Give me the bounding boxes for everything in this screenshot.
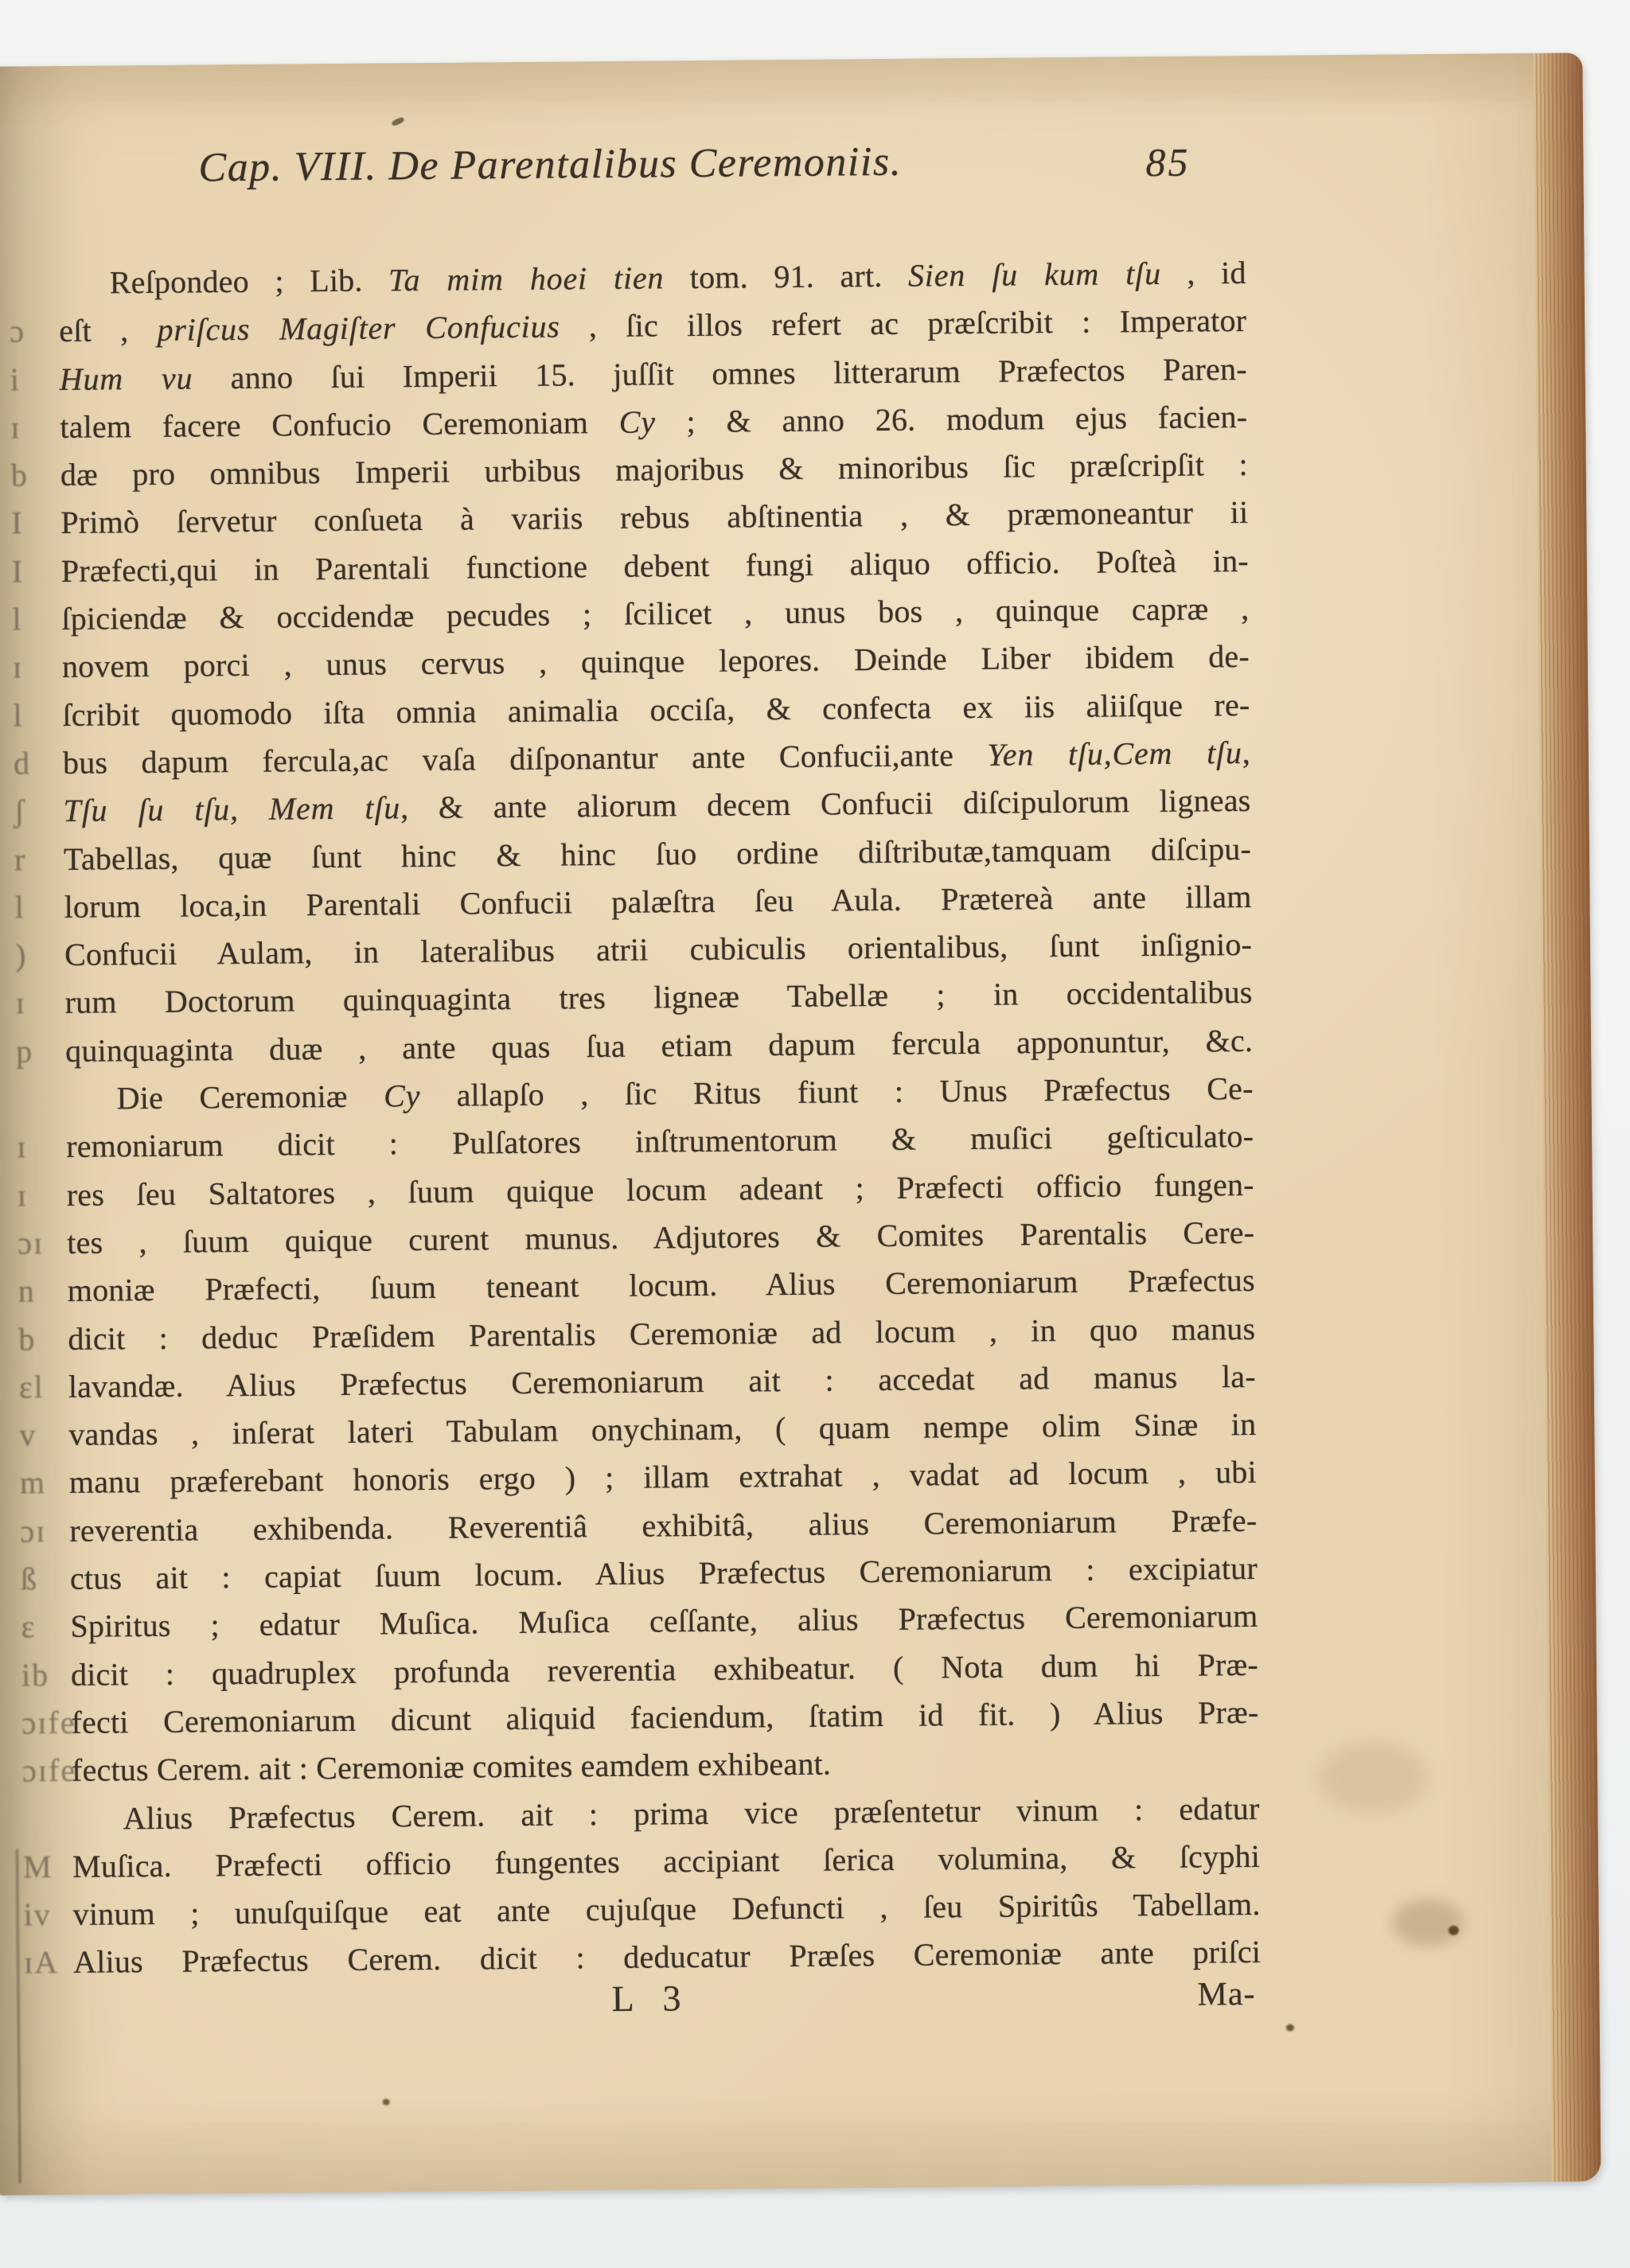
ghost-print-fragment: l: [14, 883, 71, 932]
ink-speck: [383, 2098, 390, 2105]
line-text: moniæ Præfecti, ſuum teneant locum. Aliu…: [68, 1262, 1255, 1308]
line-text: dæ pro omnibus Imperii urbibus majoribus…: [60, 446, 1248, 493]
ghost-print-fragment: ): [15, 931, 72, 980]
ghost-print-fragment: iv: [23, 1891, 80, 1939]
ghost-print-fragment: m: [20, 1459, 76, 1507]
line-text: Præfecti,qui in Parentali functione debe…: [61, 543, 1249, 589]
ghost-print-fragment: I: [12, 548, 68, 596]
ghost-print-fragment: v: [19, 1411, 76, 1459]
page-footer: L 3 Ma-: [73, 1972, 1261, 2038]
running-header: Cap. VIII. De Parentalibus Ceremoniis. 8…: [0, 132, 1584, 210]
ghost-print-fragment: ɪ: [15, 979, 72, 1027]
ink-speck: [391, 116, 404, 127]
line-text: reverentia exhibenda. Reverentiâ exhibit…: [69, 1502, 1257, 1549]
ghost-print-fragment: ɪ: [17, 1123, 73, 1171]
foxing-stain: [1317, 1741, 1429, 1814]
ghost-print-fragment: ɪA: [24, 1939, 80, 1987]
ghost-print-fragment: ß: [21, 1555, 77, 1604]
line-text: vinum ; unuſquiſque eat ante cujuſque De…: [72, 1886, 1260, 1932]
line-text: res ſeu Saltatores , ſuum quique locum a…: [67, 1167, 1254, 1213]
line-text: manu præferebant honoris ergo ) ; illam …: [69, 1454, 1257, 1500]
ghost-print-fragment: i: [10, 356, 67, 404]
chapter-heading: Cap. VIII. De Parentalibus Ceremoniis.: [198, 138, 902, 192]
ghost-print-fragment: ɔɪfe: [22, 1747, 79, 1795]
line-text: dicit : quadruplex profunda reverentia e…: [71, 1646, 1258, 1693]
line-text: Reſpondeo ; Lib. Ta mim hoei tien tom. 9…: [110, 255, 1246, 300]
line-text: dicit : deduc Præſidem Parentalis Ceremo…: [68, 1310, 1255, 1356]
ghost-print-fragment: ɔɪ: [20, 1507, 76, 1556]
line-text: lavandæ. Alius Præfectus Ceremoniarum ai…: [68, 1358, 1256, 1405]
ghost-print-fragment: n: [18, 1267, 75, 1315]
ghost-print-fragment: ɛl: [19, 1363, 76, 1412]
ghost-print-fragment: p: [16, 1027, 72, 1076]
ghost-print-fragment: d: [14, 739, 70, 788]
body-text: Reſpondeo ; Lib. Ta mim hoei tien tom. 9…: [58, 249, 1261, 1987]
book-fore-edge: [1533, 53, 1601, 2181]
line-text: eſt , priſcus Magiſter Confucius , ſic i…: [59, 302, 1246, 349]
ghost-print-fragment: ɔɪfe: [21, 1699, 78, 1748]
ghost-print-fragment: r: [14, 835, 71, 883]
line-text: vandas , inſerat lateri Tabulam onychina…: [68, 1406, 1256, 1452]
ghost-print-fragment: ɪ: [10, 403, 67, 452]
page-number: 85: [1145, 139, 1191, 185]
ghost-print-fragment: ɪ: [13, 643, 69, 692]
line-text: Muſica. Præfecti officio fungentes accip…: [72, 1838, 1260, 1884]
line-text: bus dapum fercula,ac vaſa diſponantur an…: [63, 735, 1250, 781]
line-text: Confucii Aulam, in lateralibus atrii cub…: [64, 926, 1252, 972]
ghost-print-fragment: ɔɪ: [18, 1219, 74, 1268]
ghost-print-fragment: ɔ: [10, 307, 66, 356]
ghost-print-fragment: l: [13, 692, 69, 740]
line-text: rum Doctorum quinquaginta tres ligneæ Ta…: [64, 974, 1252, 1020]
line-text: Alius Præfectus Cerem. ait : prima vice …: [123, 1790, 1259, 1835]
ink-speck: [1286, 2024, 1294, 2032]
ghost-print-fragment: b: [18, 1315, 75, 1363]
signature-mark: L 3: [611, 1977, 680, 2020]
line-text: Primò ſervetur conſueta à variis rebus a…: [60, 494, 1248, 540]
line-text: quinquaginta duæ , ante quas ſua etiam d…: [65, 1023, 1253, 1069]
line-text: talem facere Confucio Ceremoniam Cy ; & …: [60, 399, 1247, 445]
line-text: ctus ait : capiat ſuum locum. Alius Præf…: [70, 1550, 1258, 1596]
line-text: Hum vu anno ſui Imperii 15. juſſit omnes…: [60, 351, 1247, 397]
line-text: Spiritus ; edatur Muſica. Muſica ceſſant…: [70, 1598, 1258, 1644]
ghost-print-fragment: ʃ: [14, 787, 70, 836]
line-text: tes , ſuum quique curent munus. Adjutore…: [67, 1214, 1254, 1261]
ghost-print-fragment: M: [23, 1843, 80, 1892]
line-text: fectus Cerem. ait : Ceremoniæ comites ea…: [72, 1746, 831, 1788]
ghost-print-fragment: l: [12, 595, 68, 644]
line-text: Die Ceremoniæ Cy allapſo , ſic Ritus fiu…: [116, 1070, 1253, 1116]
book-page: Cap. VIII. De Parentalibus Ceremoniis. 8…: [0, 53, 1601, 2195]
ghost-print-fragment: ɪ: [17, 1171, 73, 1220]
line-text: ſpiciendæ & occidendæ pecudes ; ſcilicet…: [61, 590, 1249, 637]
catchword: Ma-: [1197, 1975, 1255, 2014]
ghost-print-fragment: I: [11, 499, 68, 548]
ghost-print-fragment: ib: [21, 1650, 78, 1699]
line-text: Tabellas, quæ ſunt hinc & hinc ſuo ordin…: [64, 831, 1251, 877]
line-text: remoniarum dicit : Pulſatores inſtrument…: [66, 1118, 1254, 1164]
line-text: ſcribit quomodo iſta omnia animalia occi…: [62, 687, 1250, 733]
line-text: Tſu ſu tſu, Mem tſu, & ante aliorum dece…: [63, 782, 1250, 828]
line-text: novem porci , unus cervus , quinque lepo…: [62, 638, 1250, 684]
ghost-print-fragment: ɛ: [21, 1603, 77, 1651]
line-text: fecti Ceremoniarum dicunt aliquid facien…: [71, 1694, 1258, 1740]
ghost-print-fragment: b: [11, 451, 68, 500]
foxing-stain: [1392, 1899, 1464, 1947]
line-text: lorum loca,in Parentali Confucii palæſtr…: [64, 879, 1251, 925]
